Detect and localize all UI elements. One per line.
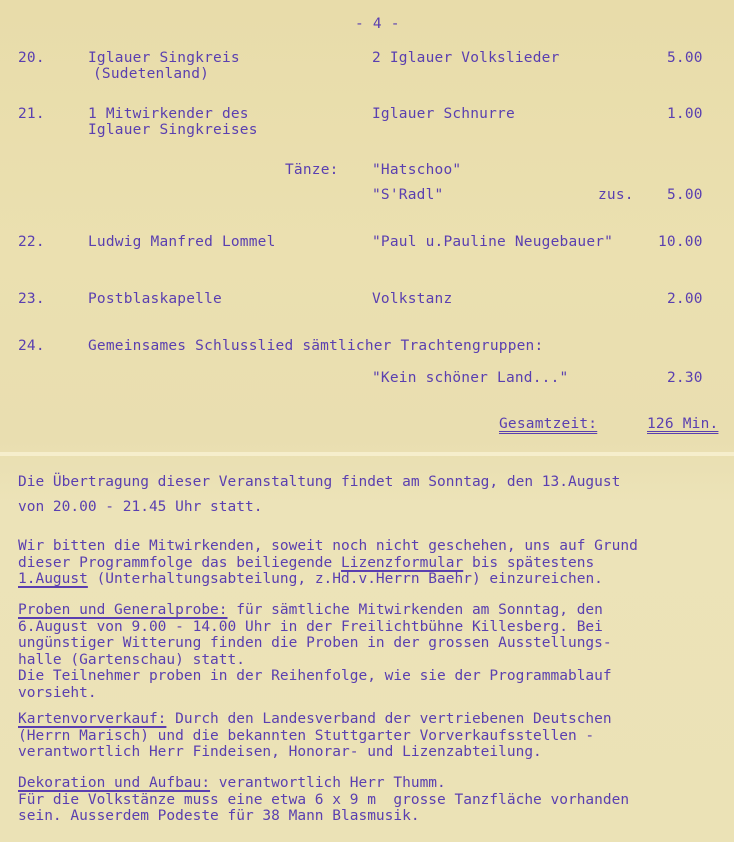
item-time: 10.00 bbox=[658, 234, 703, 251]
item-piece: Volkstanz bbox=[372, 291, 452, 308]
paper-fold bbox=[0, 452, 734, 456]
item-number: 22. bbox=[18, 234, 45, 251]
item-piece: "Paul u.Pauline Neugebauer" bbox=[372, 234, 613, 251]
decoration-line: Für die Volkstänze muss eine etwa 6 x 9 … bbox=[18, 792, 629, 808]
broadcast-paragraph-line2: von 20.00 - 21.45 Uhr statt. bbox=[18, 499, 718, 516]
item-performer: Ludwig Manfred Lommel bbox=[88, 234, 276, 251]
item-time: 2.30 bbox=[667, 370, 703, 387]
item-performer-line2: (Sudetenland) bbox=[93, 66, 209, 83]
rehearsal-line: ungünstiger Witterung finden die Proben … bbox=[18, 635, 612, 651]
broadcast-line: von 20.00 - 21.45 Uhr statt. bbox=[18, 499, 262, 515]
page-number: - 4 - bbox=[355, 16, 400, 33]
dance-piece: "S'Radl" bbox=[372, 187, 443, 204]
decoration-line: verantwortlich Herr Thumm. bbox=[210, 775, 446, 791]
rehearsal-line: für sämtliche Mitwirkenden am Sonntag, d… bbox=[228, 602, 603, 618]
item-number: 21. bbox=[18, 106, 45, 123]
item-time: 1.00 bbox=[667, 106, 703, 123]
item-performer: Gemeinsames Schlusslied sämtlicher Trach… bbox=[88, 338, 543, 355]
item-time: 2.00 bbox=[667, 291, 703, 308]
broadcast-paragraph: Die Übertragung dieser Veranstaltung fin… bbox=[18, 474, 718, 491]
tickets-paragraph: Kartenvorverkauf: Durch den Landesverban… bbox=[18, 711, 718, 761]
item-piece: 2 Iglauer Volkslieder bbox=[372, 50, 560, 67]
rehearsal-line: Die Teilnehmer proben in der Reihenfolge… bbox=[18, 668, 612, 684]
rehearsal-line: vorsieht. bbox=[18, 685, 97, 701]
item-performer: 1 Mitwirkender des bbox=[88, 106, 249, 123]
tickets-heading: Kartenvorverkauf: bbox=[18, 711, 166, 727]
broadcast-line: Die Übertragung dieser Veranstaltung fin… bbox=[18, 474, 620, 490]
license-paragraph: Wir bitten die Mitwirkenden, soweit noch… bbox=[18, 538, 718, 588]
item-performer: Postblaskapelle bbox=[88, 291, 222, 308]
rehearsal-heading: Proben und Generalprobe: bbox=[18, 602, 228, 618]
item-time: 5.00 bbox=[667, 50, 703, 67]
decoration-heading: Dekoration und Aufbau: bbox=[18, 775, 210, 791]
tickets-line: Durch den Landesverband der vertriebenen… bbox=[166, 711, 611, 727]
dances-note: zus. bbox=[598, 187, 634, 204]
dances-label: Tänze: bbox=[285, 162, 339, 179]
item-number: 23. bbox=[18, 291, 45, 308]
rehearsal-line: 6.August von 9.00 - 14.00 Uhr in der Fre… bbox=[18, 619, 603, 635]
license-line: (Unterhaltungsabteilung, z.Hd.v.Herrn Ba… bbox=[88, 571, 603, 587]
license-form-underlined: Lizenzformular bbox=[341, 555, 463, 571]
decoration-line: sein. Ausserdem Podeste für 38 Mann Blas… bbox=[18, 808, 420, 824]
license-line: Wir bitten die Mitwirkenden, soweit noch… bbox=[18, 538, 638, 554]
item-time: 5.00 bbox=[667, 187, 703, 204]
rehearsal-paragraph: Proben und Generalprobe: für sämtliche M… bbox=[18, 602, 718, 701]
license-line: dieser Programmfolge das beiliegende bbox=[18, 555, 341, 571]
item-piece: "Kein schöner Land..." bbox=[372, 370, 568, 387]
rehearsal-line: halle (Gartenschau) statt. bbox=[18, 652, 245, 668]
item-piece: Iglauer Schnurre bbox=[372, 106, 515, 123]
item-performer: Iglauer Singkreis bbox=[88, 50, 240, 67]
license-line: bis spätestens bbox=[463, 555, 594, 571]
total-label: Gesamtzeit: bbox=[499, 416, 597, 433]
deadline-underlined: 1.August bbox=[18, 571, 88, 587]
item-number: 24. bbox=[18, 338, 45, 355]
total-value: 126 Min. bbox=[647, 416, 718, 433]
dance-piece: "Hatschoo" bbox=[372, 162, 461, 179]
item-performer-line2: Iglauer Singkreises bbox=[88, 122, 258, 139]
decoration-paragraph: Dekoration und Aufbau: verantwortlich He… bbox=[18, 775, 718, 825]
item-number: 20. bbox=[18, 50, 45, 67]
tickets-line: (Herrn Marisch) und die bekannten Stuttg… bbox=[18, 728, 594, 744]
tickets-line: verantwortlich Herr Findeisen, Honorar- … bbox=[18, 744, 542, 760]
